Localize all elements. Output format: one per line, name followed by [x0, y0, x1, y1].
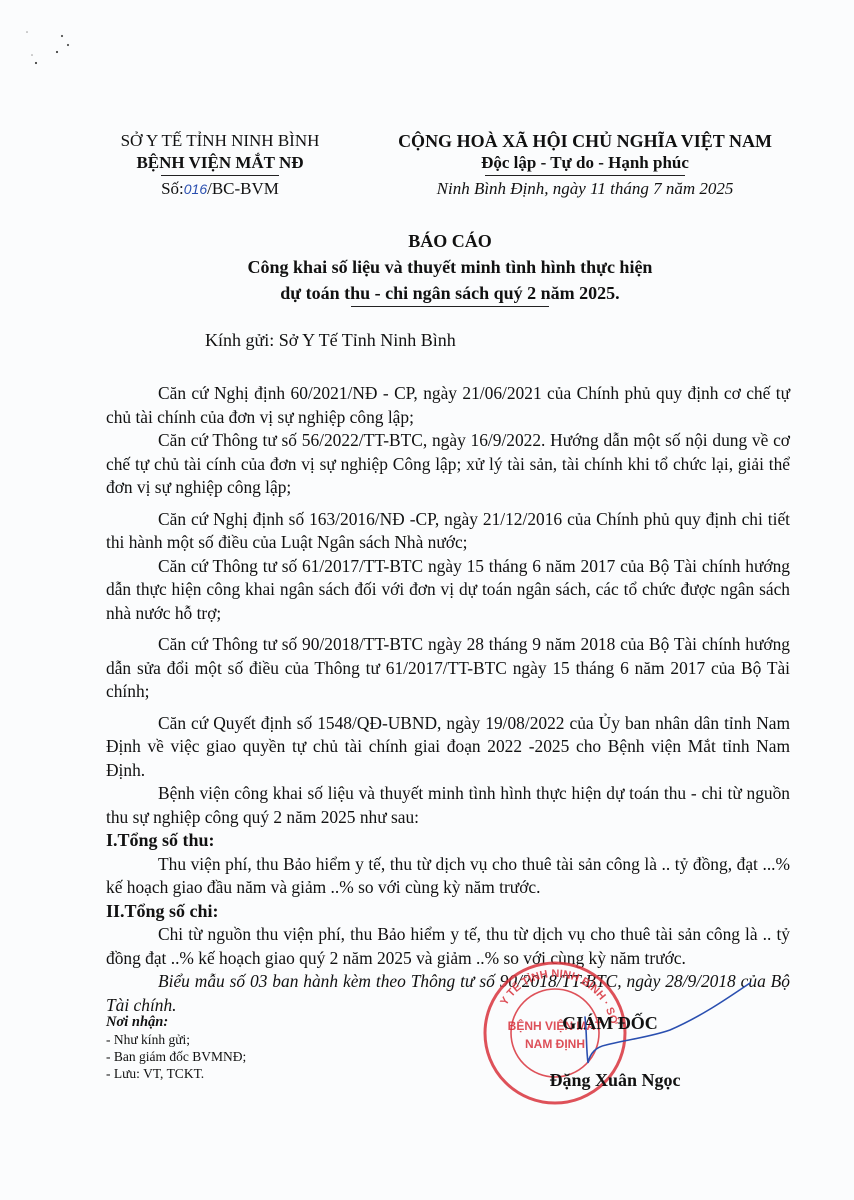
place-date: Ninh Bình Định, ngày 11 tháng 7 năm 2025	[375, 178, 795, 200]
revenue-paragraph: Thu viện phí, thu Bảo hiểm y tế, thu từ …	[106, 853, 790, 900]
legal-basis-paragraph: Căn cứ Nghị định 60/2021/NĐ - CP, ngày 2…	[106, 382, 790, 429]
legal-basis-paragraph: Căn cứ Thông tư số 61/2017/TT-BTC ngày 1…	[106, 555, 790, 626]
report-body: Căn cứ Nghị định 60/2021/NĐ - CP, ngày 2…	[106, 382, 790, 1017]
legal-basis-paragraph: Căn cứ Quyết định số 1548/QĐ-UBND, ngày …	[106, 712, 790, 783]
scan-specks	[20, 25, 80, 70]
legal-basis-paragraph: Căn cứ Thông tư số 56/2022/TT-BTC, ngày …	[106, 429, 790, 500]
divider	[161, 175, 279, 176]
handwritten-number: 016	[184, 181, 207, 197]
issuing-agency-block: SỞ Y TẾ TỈNH NINH BÌNH BỆNH VIỆN MẮT NĐ …	[95, 130, 345, 200]
doc-number-suffix: /BC-BVM	[207, 179, 279, 198]
section-heading-revenue: I.Tổng số thu:	[106, 829, 790, 853]
intro-paragraph: Bệnh viện công khai số liệu và thuyết mi…	[106, 782, 790, 829]
doc-number-prefix: Số:	[161, 179, 184, 198]
expenditure-paragraph: Chi từ nguồn thu viện phí, thu Bảo hiểm …	[106, 923, 790, 970]
legal-basis-paragraph: Căn cứ Nghị định số 163/2016/NĐ -CP, ngà…	[106, 508, 790, 555]
divider	[485, 175, 685, 176]
distribution-heading: Nơi nhận:	[106, 1014, 246, 1031]
addressee-line: Kính gửi: Sở Y Tế Tỉnh Ninh Bình	[205, 330, 456, 351]
nation-name: CỘNG HOÀ XÃ HỘI CHỦ NGHĨA VIỆT NAM	[375, 130, 795, 152]
distribution-item: - Lưu: VT, TCKT.	[106, 1065, 246, 1082]
report-heading: BÁO CÁO	[150, 228, 750, 254]
signature-icon	[560, 975, 760, 1075]
national-motto: Độc lập - Tự do - Hạnh phúc	[375, 152, 795, 174]
document-number: Số:016/BC-BVM	[95, 178, 345, 200]
national-header-block: CỘNG HOÀ XÃ HỘI CHỦ NGHĨA VIỆT NAM Độc l…	[375, 130, 795, 200]
report-title-block: BÁO CÁO Công khai số liệu và thuyết minh…	[150, 228, 750, 307]
divider	[351, 306, 549, 307]
parent-authority: SỞ Y TẾ TỈNH NINH BÌNH	[95, 130, 345, 152]
distribution-item: - Như kính gửi;	[106, 1031, 246, 1048]
report-subtitle-line1: Công khai số liệu và thuyết minh tình hì…	[150, 254, 750, 280]
issuing-unit: BỆNH VIỆN MẮT NĐ	[95, 152, 345, 174]
report-subtitle-line2: dự toán thu - chi ngân sách quý 2 năm 20…	[150, 280, 750, 306]
distribution-list: Nơi nhận: - Như kính gửi; - Ban giám đốc…	[106, 1014, 246, 1082]
section-heading-expenditure: II.Tổng số chi:	[106, 900, 790, 924]
legal-basis-paragraph: Căn cứ Thông tư số 90/2018/TT-BTC ngày 2…	[106, 633, 790, 704]
distribution-item: - Ban giám đốc BVMNĐ;	[106, 1048, 246, 1065]
